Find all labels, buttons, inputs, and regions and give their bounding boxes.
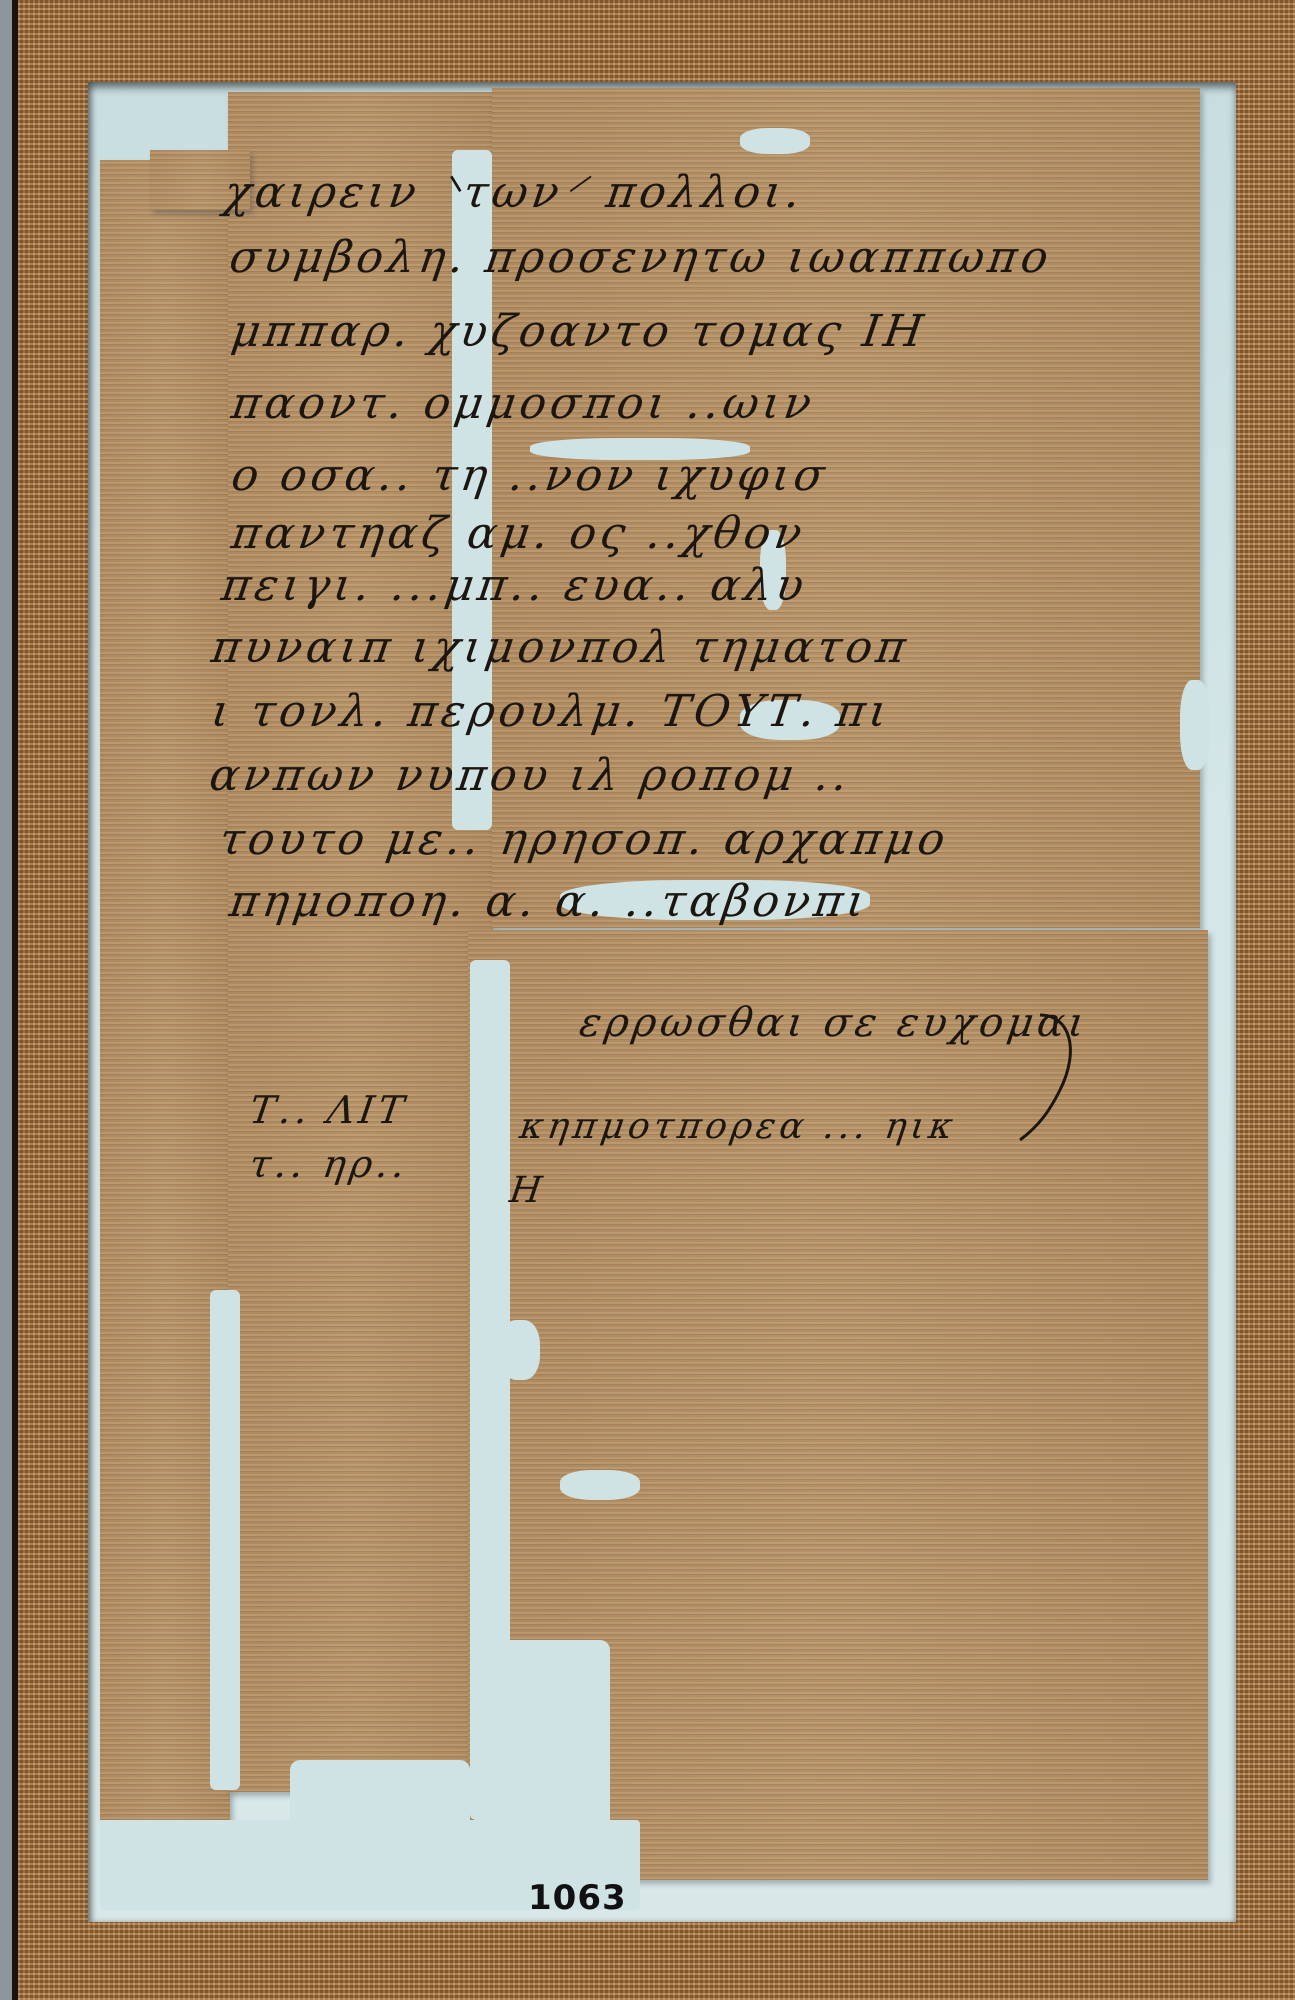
manuscript-line-2: συμβολη. προσενητω ιωαππωπο [226,232,1055,283]
manuscript-line-9: ι τονλ. περουλμ. ΤΟΥΤ. πι [208,686,894,737]
closing-flourish [1000,1010,1120,1150]
address-left-line-2: τ.. ηρ.. [247,1142,412,1186]
manuscript-line-7: πειγι. ...μπ.. ευα.. αλυ [218,560,810,611]
gap-lower-center [560,1470,640,1500]
manuscript-line-6: παντηαζ αμ. ος ..χθον [228,508,809,559]
gap-lower-left [500,1320,540,1380]
gap-right-edge [1180,680,1210,770]
scanner-side-strip [0,0,12,2000]
manuscript-line-5: ο οσα.. τη ..νον ιχυφισ [228,450,831,501]
manuscript-line-12: πημοποη. α. α. ..ταβονπι [226,876,872,927]
gap-top-right [740,128,810,154]
manuscript-line-4: παοντ. ομμοσποι ..ωιν [228,378,818,429]
manuscript-line-10: ανπων νυπου ιλ ροπομ .. [206,750,854,801]
gap-vertical-far-left [210,1290,240,1790]
manuscript-line-8: πυναιπ ιχιμονπολ τηματοπ [208,622,912,673]
address-mark: Η [507,1170,548,1211]
manuscript-line-3: μππαρ. χυζοαντο τομας ΙΗ [228,306,930,357]
inventory-number-label: 1063 [528,1878,627,1918]
address-right: κηπμοτπορεα ... ηικ [517,1106,959,1147]
manuscript-line-11: τουτο με.. ηρησοπ. αρχαπμο [216,814,952,865]
address-left-line-1: Τ.. ΛΙΤ [247,1088,411,1132]
manuscript-line-1: χαιρειν ⸌των⸍ πολλοι. [221,160,808,220]
